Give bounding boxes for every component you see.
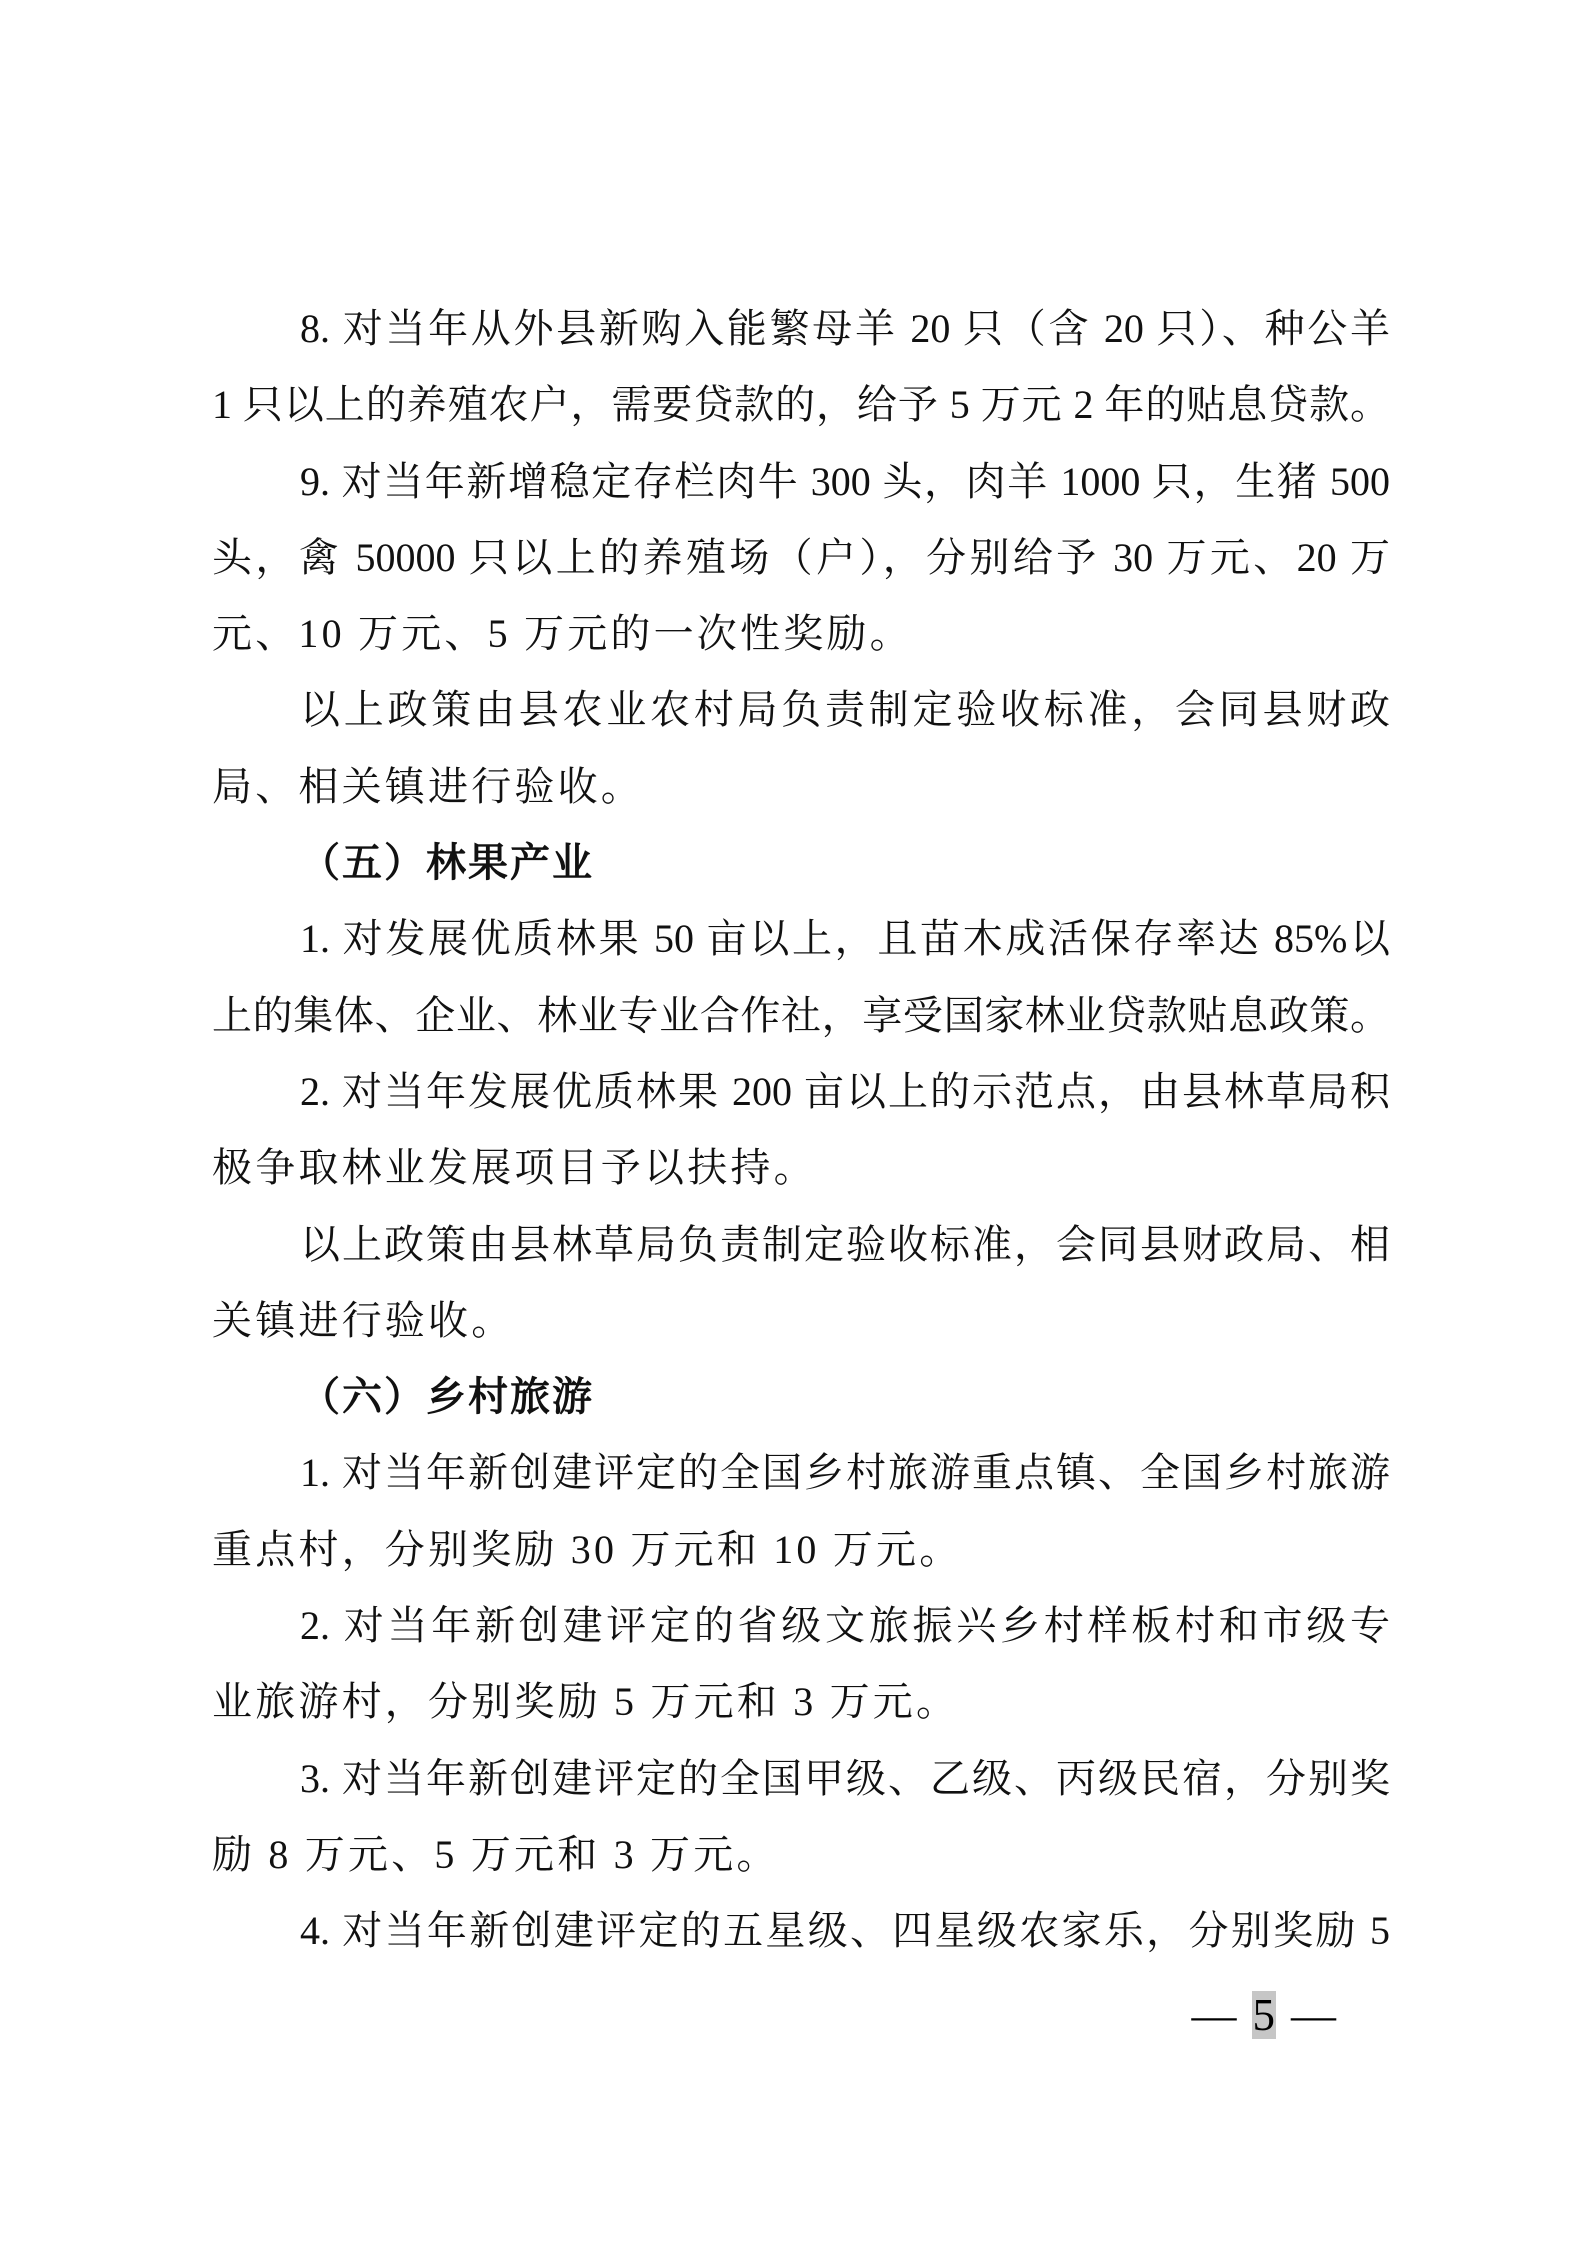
text-line: 9. 对当年新增稳定存栏肉牛 300 头，肉羊 1000 只，生猪 500 (212, 444, 1390, 520)
document-page: 8. 对当年从外县新购入能繁母羊 20 只（含 20 只）、种公羊1 只以上的养… (0, 0, 1587, 2245)
text-line: 局、相关镇进行验收。 (212, 749, 1390, 825)
text-line: 业旅游村，分别奖励 5 万元和 3 万元。 (212, 1664, 1390, 1740)
text-line: 励 8 万元、5 万元和 3 万元。 (212, 1817, 1390, 1893)
text-line: 头，禽 50000 只以上的养殖场（户），分别给予 30 万元、20 万 (212, 520, 1390, 596)
footer-dash-right: — (1291, 1991, 1336, 2039)
text-line: 重点村，分别奖励 30 万元和 10 万元。 (212, 1512, 1390, 1588)
text-line: 以上政策由县农业农村局负责制定验收标准，会同县财政 (212, 672, 1390, 748)
text-line: 极争取林业发展项目予以扶持。 (212, 1130, 1390, 1206)
text-line: 2. 对当年发展优质林果 200 亩以上的示范点，由县林草局积 (212, 1054, 1390, 1130)
section-heading: （五）林果产业 (212, 825, 1390, 901)
text-line: 3. 对当年新创建评定的全国甲级、乙级、丙级民宿，分别奖 (212, 1741, 1390, 1817)
text-line: 8. 对当年从外县新购入能繁母羊 20 只（含 20 只）、种公羊 (212, 291, 1390, 367)
section-heading: （六）乡村旅游 (212, 1359, 1390, 1435)
text-line: 1. 对当年新创建评定的全国乡村旅游重点镇、全国乡村旅游 (212, 1435, 1390, 1511)
text-line: 1 只以上的养殖农户，需要贷款的，给予 5 万元 2 年的贴息贷款。 (212, 367, 1390, 443)
document-body: 8. 对当年从外县新购入能繁母羊 20 只（含 20 只）、种公羊1 只以上的养… (212, 291, 1390, 1970)
text-line: 关镇进行验收。 (212, 1283, 1390, 1359)
text-line: 以上政策由县林草局负责制定验收标准，会同县财政局、相 (212, 1207, 1390, 1283)
text-line: 上的集体、企业、林业专业合作社，享受国家林业贷款贴息政策。 (212, 978, 1390, 1054)
page-footer: — 5 — (1192, 1991, 1337, 2039)
footer-page-number: 5 (1252, 1991, 1277, 2039)
text-line: 2. 对当年新创建评定的省级文旅振兴乡村样板村和市级专 (212, 1588, 1390, 1664)
text-line: 4. 对当年新创建评定的五星级、四星级农家乐，分别奖励 5 (212, 1893, 1390, 1969)
text-line: 元、10 万元、5 万元的一次性奖励。 (212, 596, 1390, 672)
footer-dash-left: — (1192, 1991, 1237, 2039)
text-line: 1. 对发展优质林果 50 亩以上，且苗木成活保存率达 85%以 (212, 901, 1390, 977)
